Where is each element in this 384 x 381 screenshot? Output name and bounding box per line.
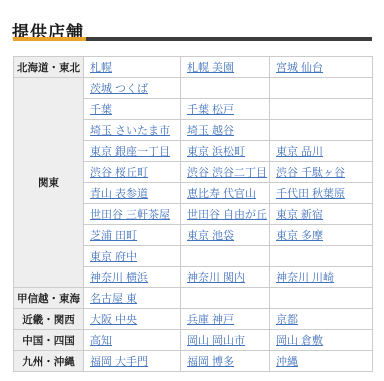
page: 提供店舗 北海道・東北札幌札幌 美園宮城 仙台関東茨城 つくば千葉千葉 松戸埼玉…: [0, 0, 384, 381]
table-row: 関東茨城 つくば: [14, 78, 373, 99]
store-link[interactable]: 東京 府中: [90, 251, 137, 263]
store-cell: 東京 品川: [270, 141, 373, 162]
store-link[interactable]: 高知: [90, 335, 112, 347]
store-cell: 世田谷 三軒茶屋: [84, 204, 181, 225]
region-header-cell: 九州・沖縄: [14, 351, 84, 372]
table-row: 九州・沖縄福岡 大手門福岡 博多沖縄: [14, 351, 373, 372]
store-link[interactable]: 大阪 中央: [90, 314, 137, 326]
store-cell: 岡山 倉敷: [270, 330, 373, 351]
store-link[interactable]: 東京 浜松町: [187, 146, 245, 158]
store-link[interactable]: 芝浦 田町: [90, 230, 137, 242]
store-cell: 沖縄: [270, 351, 373, 372]
store-link[interactable]: 神奈川 横浜: [90, 272, 148, 284]
store-cell: 名古屋 東: [84, 288, 181, 309]
store-cell: 東京 浜松町: [181, 141, 270, 162]
store-cell: 茨城 つくば: [84, 78, 181, 99]
store-cell: 千葉: [84, 99, 181, 120]
store-cell: [270, 246, 373, 267]
store-cell: [181, 246, 270, 267]
store-link[interactable]: 渋谷 桜丘町: [90, 167, 148, 179]
store-link[interactable]: 京都: [276, 314, 298, 326]
store-link[interactable]: 埼玉 越谷: [187, 125, 234, 137]
region-header-cell: 中国・四国: [14, 330, 84, 351]
store-cell: 東京 銀座一丁目: [84, 141, 181, 162]
title-underline: [13, 37, 372, 41]
store-cell: 東京 新宿: [270, 204, 373, 225]
store-link[interactable]: 兵庫 神戸: [187, 314, 234, 326]
store-link[interactable]: 札幌 美園: [187, 62, 234, 74]
title-underline-accent: [13, 37, 86, 41]
title-underline-rest: [86, 37, 372, 41]
store-cell: 札幌 美園: [181, 57, 270, 78]
store-cell: 東京 府中: [84, 246, 181, 267]
store-link[interactable]: 東京 多摩: [276, 230, 323, 242]
store-link[interactable]: 埼玉 さいたま市: [90, 125, 170, 137]
store-cell: [270, 120, 373, 141]
store-cell: 渋谷 千駄ヶ谷: [270, 162, 373, 183]
store-link[interactable]: 恵比寿 代官山: [187, 188, 256, 200]
store-link[interactable]: 東京 銀座一丁目: [90, 146, 170, 158]
store-link[interactable]: 世田谷 三軒茶屋: [90, 209, 170, 221]
store-link[interactable]: 沖縄: [276, 356, 298, 368]
table-row: 中国・四国高知岡山 岡山市岡山 倉敷: [14, 330, 373, 351]
store-cell: [270, 78, 373, 99]
store-table: 北海道・東北札幌札幌 美園宮城 仙台関東茨城 つくば千葉千葉 松戸埼玉 さいたま…: [13, 56, 373, 372]
store-cell: 岡山 岡山市: [181, 330, 270, 351]
store-link[interactable]: 岡山 倉敷: [276, 335, 323, 347]
store-link[interactable]: 岡山 岡山市: [187, 335, 245, 347]
store-cell: [270, 99, 373, 120]
store-cell: 神奈川 関内: [181, 267, 270, 288]
store-cell: 千葉 松戸: [181, 99, 270, 120]
region-header-cell: 北海道・東北: [14, 57, 84, 78]
store-cell: 渋谷 渋谷二丁目: [181, 162, 270, 183]
region-header-cell: 関東: [14, 78, 84, 288]
region-header-cell: 近畿・関西: [14, 309, 84, 330]
store-cell: 埼玉 越谷: [181, 120, 270, 141]
table-row: 甲信越・東海名古屋 東: [14, 288, 373, 309]
store-cell: 大阪 中央: [84, 309, 181, 330]
store-cell: 神奈川 川崎: [270, 267, 373, 288]
store-link[interactable]: 渋谷 渋谷二丁目: [187, 167, 267, 179]
region-header-cell: 甲信越・東海: [14, 288, 84, 309]
store-link[interactable]: 福岡 博多: [187, 356, 234, 368]
store-cell: 世田谷 自由が丘: [181, 204, 270, 225]
store-link[interactable]: 東京 池袋: [187, 230, 234, 242]
store-link[interactable]: 神奈川 関内: [187, 272, 245, 284]
store-link[interactable]: 札幌: [90, 62, 112, 74]
store-cell: [270, 288, 373, 309]
store-cell: 芝浦 田町: [84, 225, 181, 246]
store-link[interactable]: 世田谷 自由が丘: [187, 209, 267, 221]
store-link[interactable]: 青山 表参道: [90, 188, 148, 200]
store-link[interactable]: 東京 新宿: [276, 209, 323, 221]
table-row: 近畿・関西大阪 中央兵庫 神戸京都: [14, 309, 373, 330]
store-link[interactable]: 千代田 秋葉原: [276, 188, 345, 200]
store-link[interactable]: 宮城 仙台: [276, 62, 323, 74]
store-cell: 宮城 仙台: [270, 57, 373, 78]
store-link[interactable]: 千葉: [90, 104, 112, 116]
store-cell: 福岡 博多: [181, 351, 270, 372]
store-cell: [181, 78, 270, 99]
store-link[interactable]: 茨城 つくば: [90, 83, 148, 95]
store-link[interactable]: 東京 品川: [276, 146, 323, 158]
store-cell: 京都: [270, 309, 373, 330]
store-cell: 恵比寿 代官山: [181, 183, 270, 204]
store-link[interactable]: 渋谷 千駄ヶ谷: [276, 167, 345, 179]
store-cell: [181, 288, 270, 309]
store-link[interactable]: 名古屋 東: [90, 293, 137, 305]
table-row: 北海道・東北札幌札幌 美園宮城 仙台: [14, 57, 373, 78]
store-cell: 青山 表参道: [84, 183, 181, 204]
store-cell: 高知: [84, 330, 181, 351]
store-cell: 埼玉 さいたま市: [84, 120, 181, 141]
store-cell: 渋谷 桜丘町: [84, 162, 181, 183]
store-cell: 神奈川 横浜: [84, 267, 181, 288]
store-link[interactable]: 福岡 大手門: [90, 356, 148, 368]
store-cell: 東京 多摩: [270, 225, 373, 246]
store-cell: 千代田 秋葉原: [270, 183, 373, 204]
store-cell: 兵庫 神戸: [181, 309, 270, 330]
store-link[interactable]: 神奈川 川崎: [276, 272, 334, 284]
store-link[interactable]: 千葉 松戸: [187, 104, 234, 116]
store-cell: 福岡 大手門: [84, 351, 181, 372]
store-cell: 札幌: [84, 57, 181, 78]
store-cell: 東京 池袋: [181, 225, 270, 246]
